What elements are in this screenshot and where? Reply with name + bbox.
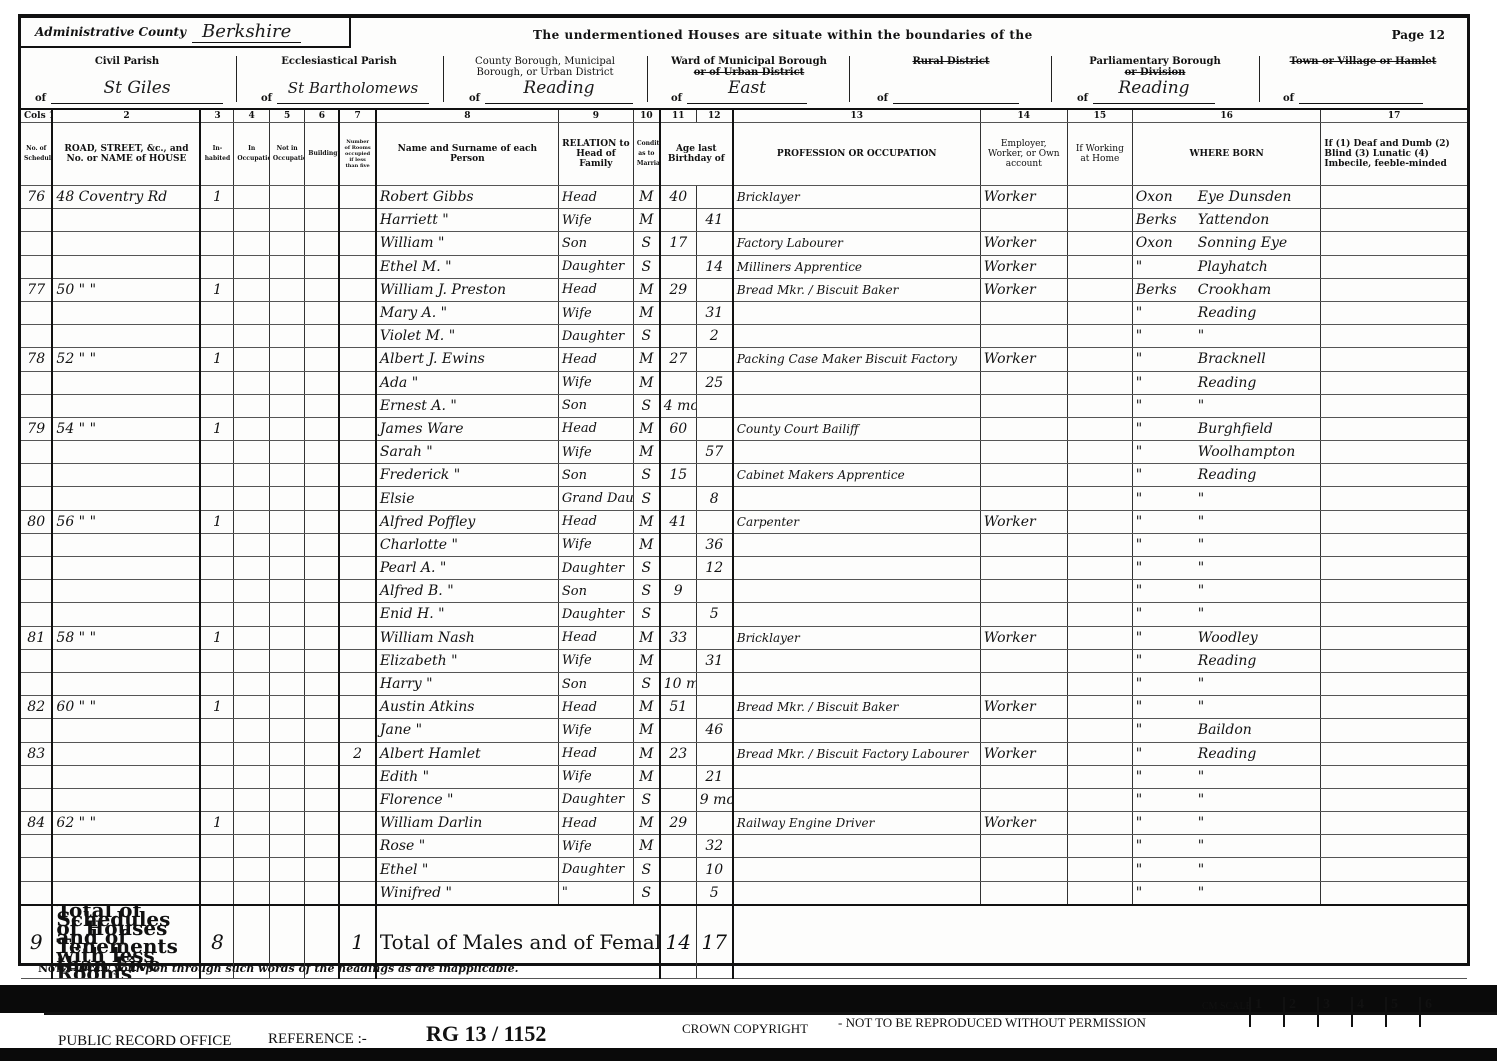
building xyxy=(305,881,339,905)
inhabited xyxy=(200,858,233,881)
table-row: Florence "DaughterS9 mo."" xyxy=(21,788,1467,811)
marital-condition: S xyxy=(633,325,659,348)
scale-mark: 1 xyxy=(1249,997,1283,1027)
uninhabited-in-occupation xyxy=(234,603,269,626)
infirmity xyxy=(1321,649,1467,672)
age-female xyxy=(696,464,733,487)
header-rooms: Number of Rooms occupied if less than fi… xyxy=(339,123,376,186)
age-female xyxy=(696,186,733,209)
rooms xyxy=(339,348,376,371)
schedule-number: 77 xyxy=(21,278,52,301)
rooms xyxy=(339,209,376,232)
table-row: Pearl A. "DaughterS12"" xyxy=(21,557,1467,580)
where-born: "" xyxy=(1132,557,1321,580)
age-female: 12 xyxy=(696,557,733,580)
infirmity xyxy=(1321,232,1467,255)
working-at-home xyxy=(1067,417,1132,440)
marital-condition: M xyxy=(633,765,659,788)
person-name: Winifred " xyxy=(376,881,559,905)
age-male xyxy=(660,301,697,324)
where-born: "" xyxy=(1132,533,1321,556)
occupation: Railway Engine Driver xyxy=(733,812,980,835)
ecclesiastical-parish-value: St Bartholomews xyxy=(277,83,429,104)
inhabited xyxy=(200,672,233,695)
employment-status xyxy=(980,719,1067,742)
uninhabited-not-in-occupation xyxy=(269,696,304,719)
inhabited xyxy=(200,881,233,905)
road-address xyxy=(52,835,200,858)
building xyxy=(305,301,339,324)
occupation: Bread Mkr. / Biscuit Factory Labourer xyxy=(733,742,980,765)
infirmity xyxy=(1321,858,1467,881)
born-place: " xyxy=(1198,328,1204,344)
occupation: Packing Case Maker Biscuit Factory xyxy=(733,348,980,371)
road-address xyxy=(52,371,200,394)
person-name: William J. Preston xyxy=(376,278,559,301)
infirmity xyxy=(1321,417,1467,440)
column-headers: No. of Schedule ROAD, STREET, &c., and N… xyxy=(21,123,1467,186)
inhabited xyxy=(200,325,233,348)
person-name: Edith " xyxy=(376,765,559,788)
employment-status: Worker xyxy=(980,696,1067,719)
age-male xyxy=(660,858,697,881)
occupation xyxy=(733,719,980,742)
age-male: 33 xyxy=(660,626,697,649)
occupation xyxy=(733,835,980,858)
relation: Daughter xyxy=(558,858,633,881)
table-row: 7954 " "1James WareHeadM60County Court B… xyxy=(21,417,1467,440)
rooms xyxy=(339,835,376,858)
rural-district-label: Rural District xyxy=(853,50,1049,67)
civil-parish-value: St Giles xyxy=(51,83,223,104)
relation: Wife xyxy=(558,649,633,672)
where-born: "Reading xyxy=(1132,649,1321,672)
marital-condition: M xyxy=(633,417,659,440)
building xyxy=(305,672,339,695)
of-label: of xyxy=(469,93,480,104)
inhabited xyxy=(200,371,233,394)
uninhabited-in-occupation xyxy=(234,232,269,255)
born-county: " xyxy=(1136,491,1198,507)
working-at-home xyxy=(1067,742,1132,765)
rooms xyxy=(339,255,376,278)
building xyxy=(305,394,339,417)
marital-condition: M xyxy=(633,649,659,672)
schedule-number xyxy=(21,533,52,556)
infirmity xyxy=(1321,580,1467,603)
age-male: 23 xyxy=(660,742,697,765)
relation: Head xyxy=(558,696,633,719)
working-at-home xyxy=(1067,765,1132,788)
age-male: 40 xyxy=(660,186,697,209)
infirmity xyxy=(1321,742,1467,765)
header-relation: RELATION to Head of Family xyxy=(558,123,633,186)
employment-status xyxy=(980,858,1067,881)
relation: Daughter xyxy=(558,255,633,278)
marital-condition: M xyxy=(633,812,659,835)
rooms xyxy=(339,788,376,811)
uninhabited-in-occupation xyxy=(234,441,269,464)
working-at-home xyxy=(1067,348,1132,371)
born-county: Oxon xyxy=(1136,235,1198,251)
schedule-number xyxy=(21,881,52,905)
schedule-number xyxy=(21,255,52,278)
occupation xyxy=(733,603,980,626)
person-name: Alfred Poffley xyxy=(376,510,559,533)
occupation xyxy=(733,881,980,905)
employment-status xyxy=(980,441,1067,464)
age-female: 14 xyxy=(696,255,733,278)
uninhabited-in-occupation xyxy=(234,325,269,348)
occupation: Bricklayer xyxy=(733,186,980,209)
where-born: "" xyxy=(1132,696,1321,719)
relation: Wife xyxy=(558,441,633,464)
table-row: Alfred B. "SonS9"" xyxy=(21,580,1467,603)
where-born: "" xyxy=(1132,788,1321,811)
table-row: 832Albert HamletHeadM23Bread Mkr. / Bisc… xyxy=(21,742,1467,765)
where-born: "Reading xyxy=(1132,301,1321,324)
ecclesiastical-parish: Ecclesiastical Parish of St Bartholomews xyxy=(239,50,439,108)
born-place: " xyxy=(1198,514,1204,530)
age-male xyxy=(660,533,697,556)
uninhabited-not-in-occupation xyxy=(269,603,304,626)
civil-parish-label: Civil Parish xyxy=(21,50,233,67)
uninhabited-in-occupation xyxy=(234,487,269,510)
where-born: BerksCrookham xyxy=(1132,278,1321,301)
age-female: 32 xyxy=(696,835,733,858)
age-female: 57 xyxy=(696,441,733,464)
relation: Son xyxy=(558,394,633,417)
born-county: " xyxy=(1136,375,1198,391)
age-female: 8 xyxy=(696,487,733,510)
total-females: 17 xyxy=(696,905,733,979)
working-at-home xyxy=(1067,371,1132,394)
working-at-home xyxy=(1067,232,1132,255)
age-female: 5 xyxy=(696,881,733,905)
divider xyxy=(647,56,648,102)
schedule-number xyxy=(21,464,52,487)
rooms xyxy=(339,417,376,440)
schedule-number: 84 xyxy=(21,812,52,835)
table-row: 8260 " "1Austin AtkinsHeadM51Bread Mkr. … xyxy=(21,696,1467,719)
inhabited xyxy=(200,441,233,464)
building xyxy=(305,626,339,649)
road-address: 56 " " xyxy=(52,510,200,533)
schedule-number: 80 xyxy=(21,510,52,533)
rooms xyxy=(339,394,376,417)
table-row: 7750 " "1William J. PrestonHeadM29Bread … xyxy=(21,278,1467,301)
table-row: ElsieGrand Daur.S8"" xyxy=(21,487,1467,510)
crown-copyright: CROWN COPYRIGHT xyxy=(682,1021,808,1037)
born-place: Crookham xyxy=(1198,282,1271,298)
occupation xyxy=(733,788,980,811)
inhabited: 1 xyxy=(200,696,233,719)
age-female: 31 xyxy=(696,301,733,324)
born-county: " xyxy=(1136,653,1198,669)
scale-mark: 4 xyxy=(1351,997,1385,1027)
born-place: " xyxy=(1198,862,1204,878)
inhabited xyxy=(200,580,233,603)
employment-status xyxy=(980,325,1067,348)
building xyxy=(305,186,339,209)
age-male: 60 xyxy=(660,417,697,440)
road-address: 60 " " xyxy=(52,696,200,719)
of-label: of xyxy=(1283,93,1294,104)
schedule-number xyxy=(21,301,52,324)
relation: Head xyxy=(558,278,633,301)
header-employer: Employer, Worker, or Own account xyxy=(980,123,1067,186)
uninhabited-not-in-occupation xyxy=(269,672,304,695)
inhabited xyxy=(200,835,233,858)
employment-status xyxy=(980,371,1067,394)
table-row: Harriett "WifeM41BerksYattendon xyxy=(21,209,1467,232)
schedule-number: 76 xyxy=(21,186,52,209)
col-num: 5 xyxy=(269,110,304,123)
employment-status xyxy=(980,557,1067,580)
rooms xyxy=(339,464,376,487)
age-female xyxy=(696,696,733,719)
inhabited xyxy=(200,788,233,811)
working-at-home xyxy=(1067,186,1132,209)
divider xyxy=(1051,56,1052,102)
person-name: Elsie xyxy=(376,487,559,510)
rooms xyxy=(339,603,376,626)
inhabited xyxy=(200,487,233,510)
occupation: County Court Bailiff xyxy=(733,417,980,440)
header-occupation: PROFESSION OR OCCUPATION xyxy=(733,123,980,186)
employment-status xyxy=(980,533,1067,556)
age-female xyxy=(696,510,733,533)
age-male xyxy=(660,209,697,232)
where-born: "" xyxy=(1132,812,1321,835)
rooms xyxy=(339,441,376,464)
col-num: Cols 1 xyxy=(21,110,52,123)
born-place: " xyxy=(1198,560,1204,576)
table-row: Harry "SonS10 mo."" xyxy=(21,672,1467,695)
road-address xyxy=(52,719,200,742)
rooms xyxy=(339,672,376,695)
working-at-home xyxy=(1067,394,1132,417)
infirmity xyxy=(1321,301,1467,324)
born-place: " xyxy=(1198,699,1204,715)
person-name: Sarah " xyxy=(376,441,559,464)
age-male xyxy=(660,765,697,788)
road-address xyxy=(52,441,200,464)
header-age: Age last Birthday of xyxy=(660,123,733,186)
age-male: 29 xyxy=(660,812,697,835)
schedule-number: 79 xyxy=(21,417,52,440)
infirmity xyxy=(1321,812,1467,835)
divider xyxy=(1259,56,1260,102)
road-address: 52 " " xyxy=(52,348,200,371)
infirmity xyxy=(1321,394,1467,417)
uninhabited-not-in-occupation xyxy=(269,417,304,440)
marital-condition: S xyxy=(633,603,659,626)
age-female: 5 xyxy=(696,603,733,626)
note-prefix: Note xyxy=(38,962,67,975)
infirmity xyxy=(1321,765,1467,788)
inhabited: 1 xyxy=(200,417,233,440)
born-place: Reading xyxy=(1198,305,1257,321)
born-place: Reading xyxy=(1198,375,1257,391)
born-county: " xyxy=(1136,259,1198,275)
relation: Wife xyxy=(558,209,633,232)
rooms xyxy=(339,186,376,209)
infirmity xyxy=(1321,255,1467,278)
inhabited xyxy=(200,464,233,487)
working-at-home xyxy=(1067,487,1132,510)
header-inhabited: In-habited xyxy=(200,123,233,186)
parliamentary-borough-label2: or Division xyxy=(1055,67,1255,78)
working-at-home xyxy=(1067,696,1132,719)
where-born: "" xyxy=(1132,672,1321,695)
uninhabited-not-in-occupation xyxy=(269,742,304,765)
working-at-home xyxy=(1067,881,1132,905)
county-borough-label2: Borough, or Urban District xyxy=(447,67,643,78)
uninhabited-in-occupation xyxy=(234,394,269,417)
road-address xyxy=(52,603,200,626)
archive-footer: PUBLIC RECORD OFFICE REFERENCE :- RG 13 … xyxy=(44,1012,1497,1051)
road-address xyxy=(52,255,200,278)
age-male xyxy=(660,881,697,905)
uninhabited-in-occupation xyxy=(234,881,269,905)
ward-label: Ward of Municipal Borough xyxy=(651,50,847,67)
marital-condition: S xyxy=(633,487,659,510)
employment-status: Worker xyxy=(980,510,1067,533)
infirmity xyxy=(1321,278,1467,301)
relation: " xyxy=(558,881,633,905)
col-num: 2 xyxy=(52,110,200,123)
schedule-number xyxy=(21,649,52,672)
road-address xyxy=(52,487,200,510)
infirmity xyxy=(1321,186,1467,209)
rural-district-value xyxy=(893,83,1019,104)
schedule-number xyxy=(21,580,52,603)
building xyxy=(305,464,339,487)
road-address xyxy=(52,301,200,324)
inhabited: 1 xyxy=(200,626,233,649)
census-sheet: Administrative County Berkshire The unde… xyxy=(18,14,1470,966)
working-at-home xyxy=(1067,255,1132,278)
marital-condition: M xyxy=(633,278,659,301)
uninhabited-in-occupation xyxy=(234,510,269,533)
relation: Daughter xyxy=(558,603,633,626)
table-row: Ada "WifeM25"Reading xyxy=(21,371,1467,394)
col-num: 13 xyxy=(733,110,980,123)
relation: Grand Daur. xyxy=(558,487,633,510)
age-female xyxy=(696,812,733,835)
schedule-number xyxy=(21,371,52,394)
table-row: Ernest A. "SonS4 mo."" xyxy=(21,394,1467,417)
uninhabited-not-in-occupation xyxy=(269,348,304,371)
occupation: Bricklayer xyxy=(733,626,980,649)
working-at-home xyxy=(1067,278,1132,301)
schedule-number xyxy=(21,441,52,464)
working-at-home xyxy=(1067,788,1132,811)
rooms xyxy=(339,649,376,672)
ward-value: East xyxy=(687,83,807,104)
relation: Head xyxy=(558,812,633,835)
uninhabited-not-in-occupation xyxy=(269,255,304,278)
employment-status: Worker xyxy=(980,626,1067,649)
marital-condition: S xyxy=(633,672,659,695)
col-num: 16 xyxy=(1132,110,1321,123)
table-row: Charlotte "WifeM36"" xyxy=(21,533,1467,556)
uninhabited-not-in-occupation xyxy=(269,278,304,301)
col-num: 8 xyxy=(376,110,559,123)
occupation: Bread Mkr. / Biscuit Baker xyxy=(733,696,980,719)
divider xyxy=(236,56,237,102)
road-address: 54 " " xyxy=(52,417,200,440)
inhabited xyxy=(200,301,233,324)
age-female xyxy=(696,672,733,695)
where-born: BerksYattendon xyxy=(1132,209,1321,232)
ward-label2: or of Urban District xyxy=(651,67,847,78)
infirmity xyxy=(1321,209,1467,232)
town-label: Town or Village or Hamlet xyxy=(1263,50,1463,67)
table-row: Enid H. "DaughterS5"" xyxy=(21,603,1467,626)
relation: Wife xyxy=(558,765,633,788)
occupation xyxy=(733,580,980,603)
born-place: " xyxy=(1198,398,1204,414)
schedule-number xyxy=(21,487,52,510)
uninhabited-in-occupation xyxy=(234,835,269,858)
inhabited: 1 xyxy=(200,510,233,533)
col-num: 10 xyxy=(633,110,659,123)
working-at-home xyxy=(1067,580,1132,603)
table-row: Elizabeth "WifeM31"Reading xyxy=(21,649,1467,672)
road-address xyxy=(52,858,200,881)
admin-county-value: Berkshire xyxy=(192,21,301,43)
scale-mark: 2 xyxy=(1283,997,1317,1027)
marital-condition: M xyxy=(633,186,659,209)
age-male xyxy=(660,371,697,394)
occupation xyxy=(733,765,980,788)
road-address xyxy=(52,649,200,672)
county-borough-value: Reading xyxy=(485,83,633,104)
relation: Head xyxy=(558,417,633,440)
age-male: 29 xyxy=(660,278,697,301)
marital-condition: S xyxy=(633,394,659,417)
age-male xyxy=(660,441,697,464)
employment-status: Worker xyxy=(980,348,1067,371)
col-num: 6 xyxy=(305,110,339,123)
road-address: 58 " " xyxy=(52,626,200,649)
schedule-number: 83 xyxy=(21,742,52,765)
employment-status xyxy=(980,649,1067,672)
where-born: "Bracknell xyxy=(1132,348,1321,371)
age-male: 51 xyxy=(660,696,697,719)
employment-status xyxy=(980,464,1067,487)
road-address: 48 Coventry Rd xyxy=(52,186,200,209)
where-born: OxonEye Dunsden xyxy=(1132,186,1321,209)
born-county: " xyxy=(1136,305,1198,321)
rooms xyxy=(339,510,376,533)
born-place: Eye Dunsden xyxy=(1198,189,1292,205)
uninhabited-not-in-occupation xyxy=(269,325,304,348)
employment-status xyxy=(980,788,1067,811)
inhabited xyxy=(200,557,233,580)
born-county: " xyxy=(1136,746,1198,762)
total-males: 14 xyxy=(660,905,697,979)
uninhabited-not-in-occupation xyxy=(269,209,304,232)
uninhabited-in-occupation xyxy=(234,858,269,881)
employment-status xyxy=(980,301,1067,324)
building xyxy=(305,696,339,719)
infirmity xyxy=(1321,348,1467,371)
building xyxy=(305,209,339,232)
uninhabited-in-occupation xyxy=(234,649,269,672)
